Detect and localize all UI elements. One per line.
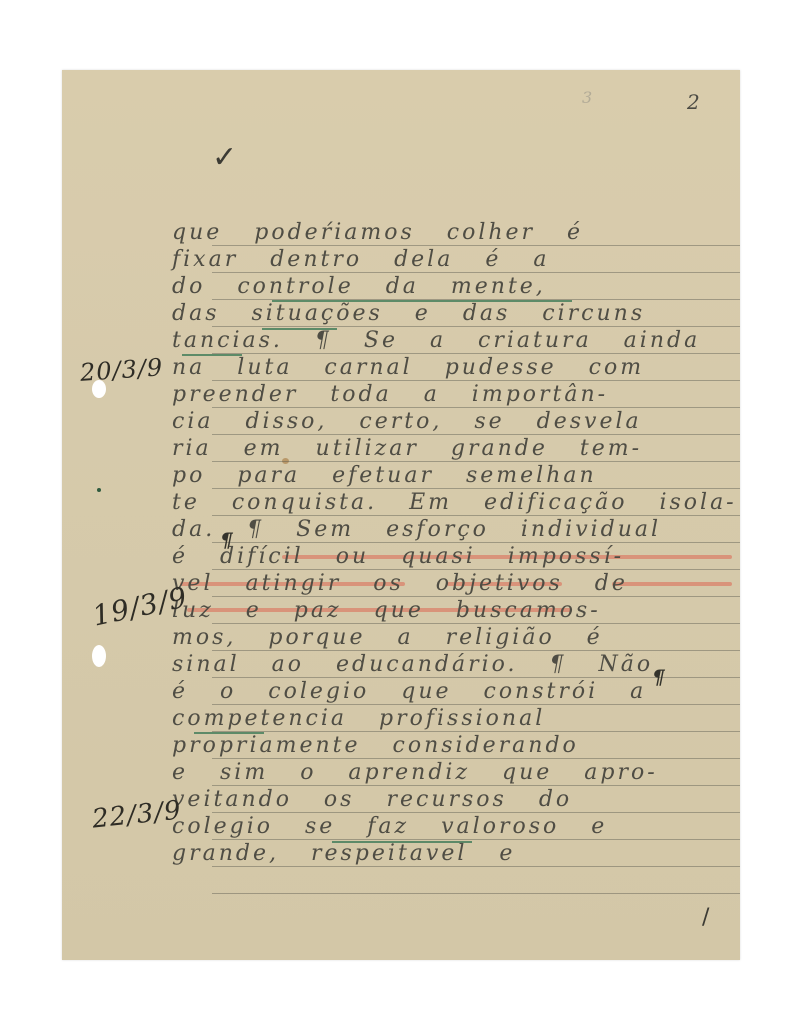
text-line: que podeŕiamos colher é — [172, 220, 732, 245]
text-line: colegio se faz valoroso e — [172, 814, 732, 839]
text-line: tancias. ¶ Se a criatura ainda — [172, 328, 732, 353]
text-line: é difícil ou quasi impossí- — [172, 544, 732, 569]
text-line: te conquista. Em edificação isola- — [172, 490, 732, 515]
ruled-line — [212, 326, 740, 327]
punch-hole — [92, 645, 106, 667]
ruled-line — [212, 596, 740, 597]
ruled-line — [212, 812, 740, 813]
text-line: veitando os recursos do — [172, 787, 732, 812]
ruled-line — [212, 542, 740, 543]
ruled-line — [212, 434, 740, 435]
ruled-line — [212, 623, 740, 624]
text-line: luz e paz que buscamos- — [172, 598, 732, 623]
ruled-line — [212, 569, 740, 570]
ruled-line — [212, 272, 740, 273]
page-number: 2 — [687, 90, 700, 114]
ruled-line — [212, 866, 740, 867]
ruled-line — [212, 407, 740, 408]
text-line: grande, respeitavel e — [172, 841, 732, 866]
margin-date: 22/3/9 — [91, 795, 183, 834]
paragraph-mark-icon: ¶ — [652, 665, 665, 689]
margin-date: 20/3/9 — [79, 353, 164, 387]
text-line: do controle da mente, — [172, 274, 732, 299]
text-line: fixar dentro dela é a — [172, 247, 732, 272]
check-mark-icon: ✓ — [212, 140, 237, 175]
ruled-line — [212, 245, 740, 246]
ink-speck — [97, 488, 101, 492]
text-line: é o colegio que constrói a — [172, 679, 732, 704]
text-line: das situações e das circuns — [172, 301, 732, 326]
text-line: sinal ao educandário. ¶ Não — [172, 652, 732, 677]
paragraph-mark-icon: ¶ — [220, 528, 233, 552]
check-mark-icon: / — [702, 905, 709, 930]
text-line: na luta carnal pudesse com — [172, 355, 732, 380]
text-line: preender toda a importân- — [172, 382, 732, 407]
ruled-line — [212, 758, 740, 759]
ruled-line — [212, 785, 740, 786]
text-line: da. ¶ Sem esforço individual — [172, 517, 732, 542]
text-line: po para efetuar semelhan — [172, 463, 732, 488]
archive-number: 3 — [582, 88, 592, 107]
text-line: propriamente considerando — [172, 733, 732, 758]
ruled-line — [212, 461, 740, 462]
ruled-line — [212, 704, 740, 705]
ruled-line — [212, 380, 740, 381]
ruled-line — [212, 731, 740, 732]
text-line: ria em utilizar grande tem- — [172, 436, 732, 461]
manuscript-page: 3 2 ✓ que podeŕiamos colher é fixar dent… — [62, 70, 740, 960]
text-line: vel atingir os objetivos de — [172, 571, 732, 596]
text-line: e sim o aprendiz que apro- — [172, 760, 732, 785]
text-line: mos, porque a religião é — [172, 625, 732, 650]
text-line: competencia profissional — [172, 706, 732, 731]
ruled-line — [212, 353, 740, 354]
text-line: cia disso, certo, se desvela — [172, 409, 732, 434]
ruled-line — [212, 839, 740, 840]
ruled-line — [212, 515, 740, 516]
ruled-line — [212, 893, 740, 894]
ruled-line — [212, 488, 740, 489]
ruled-line — [212, 650, 740, 651]
